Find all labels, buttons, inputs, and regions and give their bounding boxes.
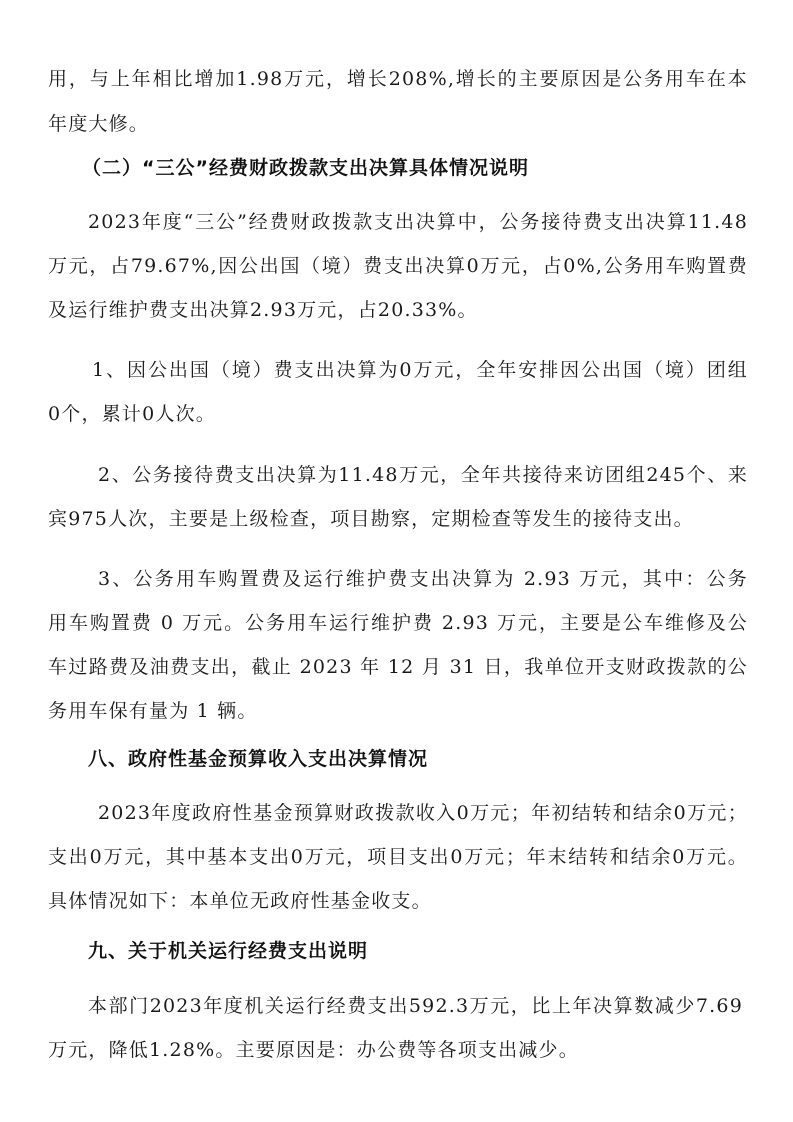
paragraph-line: 及运行维护费支出决算2.93万元，占20.33%。: [48, 297, 748, 323]
paragraph-line: 用，与上年相比增加1.98万元，增长208%,增长的主要原因是公务用车在本: [48, 66, 748, 92]
paragraph-line: 2023年度“三公”经费财政拨款支出决算中，公务接待费支出决算11.48: [88, 209, 748, 235]
paragraph-line: 1、因公出国（境）费支出决算为0万元，全年安排因公出国（境）团组: [92, 357, 748, 383]
document-page: 用，与上年相比增加1.98万元，增长208%,增长的主要原因是公务用车在本 年度…: [0, 0, 793, 1122]
paragraph-line: 年度大修。: [48, 111, 748, 137]
paragraph-line: 0个，累计0人次。: [48, 401, 748, 427]
paragraph-line: 本部门2023年度机关运行经费支出592.3万元，比上年决算数减少7.69: [88, 993, 743, 1019]
section-heading-operating: 九、关于机关运行经费支出说明: [88, 938, 368, 964]
paragraph-line: 2、公务接待费支出决算为11.48万元，全年共接待来访团组245个、来: [98, 462, 748, 488]
paragraph-line: 具体情况如下：本单位无政府性基金收支。: [48, 888, 748, 914]
paragraph-line: 支出0万元，其中基本支出0万元，项目支出0万元；年末结转和结余0万元。: [48, 844, 748, 870]
paragraph-line: 2023年度政府性基金预算财政拨款收入0万元；年初结转和结余0万元；: [98, 800, 748, 826]
section-heading-sangong: （二）“三公”经费财政拨款支出决算具体情况说明: [82, 155, 529, 181]
paragraph-line: 用车购置费 0 万元。公务用车运行维护费 2.93 万元，主要是公车维修及公: [48, 610, 748, 636]
paragraph-line: 宾975人次，主要是上级检查，项目勘察，定期检查等发生的接待支出。: [48, 506, 748, 532]
paragraph-line: 万元，占79.67%,因公出国（境）费支出决算0万元，占0%,公务用车购置费: [48, 253, 748, 279]
paragraph-line: 3、公务用车购置费及运行维护费支出决算为 2.93 万元，其中：公务: [98, 566, 748, 592]
section-heading-fund: 八、政府性基金预算收入支出决算情况: [88, 746, 428, 772]
paragraph-line: 车过路费及油费支出，截止 2023 年 12 月 31 日，我单位开支财政拨款的…: [48, 654, 748, 680]
paragraph-line: 万元，降低1.28%。主要原因是：办公费等各项支出减少。: [48, 1037, 748, 1063]
paragraph-line: 务用车保有量为 1 辆。: [48, 698, 748, 724]
